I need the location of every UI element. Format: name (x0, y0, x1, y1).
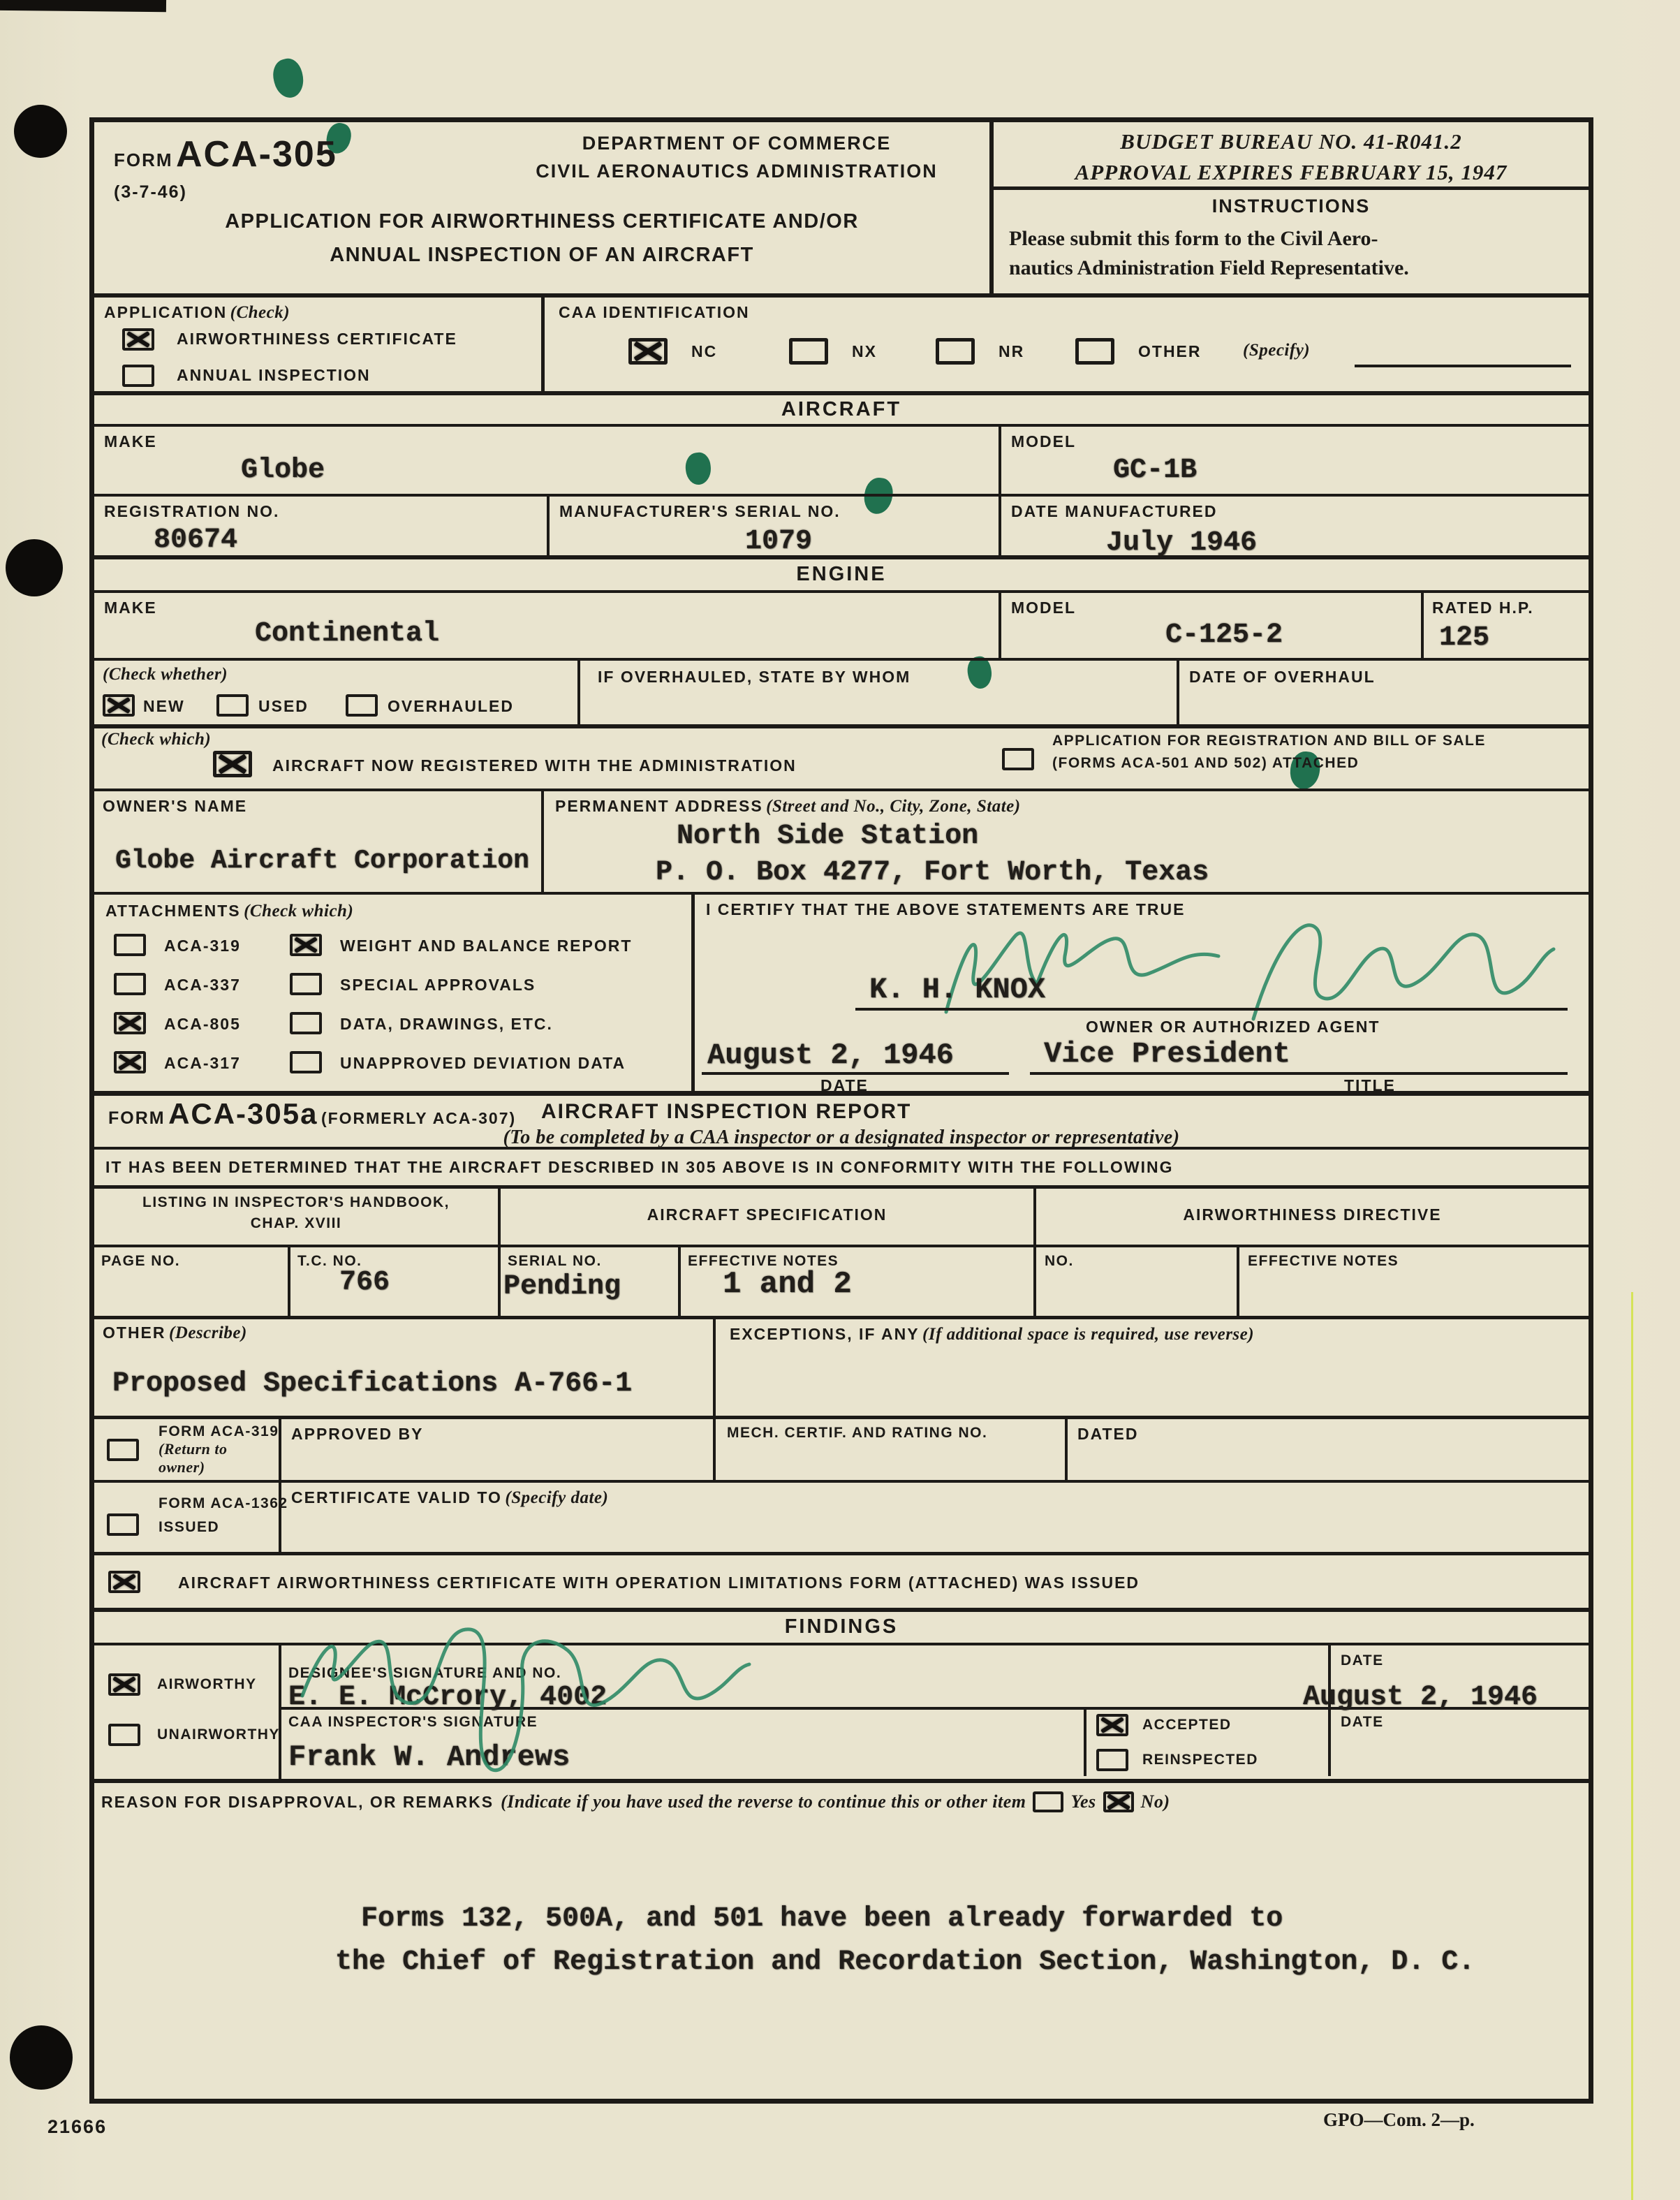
date-manufactured-cell: DATE MANUFACTURED July 1946 (999, 497, 1589, 555)
remarks-label-italic: (Indicate if you have used the reverse t… (501, 1791, 1026, 1812)
handbook-header-line2: CHAP. XVIII (94, 1215, 498, 1232)
aircraft-model-label: MODEL (1011, 432, 1076, 451)
if-overhauled-label: IF OVERHAULED, STATE BY WHOM (598, 668, 911, 687)
registration-cell: REGISTRATION NO. 80674 (94, 497, 547, 555)
handbook-header-line1: LISTING IN INSPECTOR'S HANDBOOK, (94, 1194, 498, 1211)
checkbox-aca-317[interactable] (114, 1051, 146, 1073)
owner-name-label: OWNER'S NAME (103, 797, 247, 816)
remarks-yes-label: Yes (1070, 1791, 1096, 1812)
checkbox-aca-319[interactable] (114, 934, 146, 956)
owner-agent-label: OWNER OR AUTHORIZED AGENT (1086, 1018, 1380, 1036)
designee-subrow: DESIGNEE'S SIGNATURE AND NO. E. E. McCro… (281, 1645, 1589, 1710)
directive-header: AIRWORTHINESS DIRECTIVE (1036, 1205, 1589, 1224)
rated-hp-label: RATED H.P. (1432, 599, 1534, 617)
aca-319-label: ACA-319 (164, 937, 241, 955)
engine-condition-row: (Check whether) NEW USED OVERHAULED IF O… (94, 658, 1589, 724)
checkbox-data-drawings[interactable] (290, 1012, 322, 1034)
address-line1: North Side Station (677, 821, 978, 852)
aircraft-detail-row: REGISTRATION NO. 80674 MANUFACTURER'S SE… (94, 494, 1589, 555)
used-label: USED (258, 697, 309, 716)
caa-identification-cell: CAA IDENTIFICATION NC NX NR OTHER (Speci… (541, 298, 1589, 391)
aca-317-label: ACA-317 (164, 1054, 241, 1073)
application-label-italic: (Check) (230, 303, 290, 322)
checkbox-new[interactable] (103, 694, 135, 717)
address-label: PERMANENT ADDRESS (555, 797, 763, 815)
spec-serial-value: Pending (503, 1271, 621, 1303)
directive-no-cell: NO. (1033, 1247, 1237, 1316)
annual-inspection-label: ANNUAL INSPECTION (177, 366, 371, 385)
aircraft-section-title: AIRCRAFT (94, 395, 1589, 424)
instructions-text: Please submit this form to the Civil Aer… (994, 217, 1589, 283)
report-subtitle: (To be completed by a CAA inspector or a… (94, 1127, 1589, 1149)
aircraft-model-cell: MODEL GC-1B (999, 427, 1589, 494)
owner-name-cell: OWNER'S NAME Globe Aircraft Corporation (94, 791, 541, 892)
checkbox-nc[interactable] (628, 338, 668, 365)
directive-header-cell: AIRWORTHINESS DIRECTIVE (1033, 1189, 1589, 1245)
certificate-issued-label: AIRCRAFT AIRWORTHINESS CERTIFICATE WITH … (178, 1574, 1140, 1592)
findings-date-label: DATE (1341, 1652, 1384, 1669)
attachments-cell: ATTACHMENTS (Check which) ACA-319 ACA-33… (94, 895, 691, 1091)
tc-no-value: 766 (339, 1267, 390, 1298)
budget-line2: APPROVAL EXPIRES FEBRUARY 15, 1947 (994, 157, 1589, 188)
checkbox-used[interactable] (216, 694, 249, 717)
serial-value: 1079 (745, 526, 812, 557)
data-drawings-label: DATA, DRAWINGS, ETC. (340, 1015, 553, 1034)
spec-serial-label: SERIAL NO. (508, 1253, 602, 1270)
tc-no-cell: T.C. NO. 766 (288, 1247, 498, 1316)
form-title: APPLICATION FOR AIRWORTHINESS CERTIFICAT… (94, 205, 989, 272)
checkbox-aca-337[interactable] (114, 973, 146, 995)
form-number: ACA-305 (176, 134, 337, 175)
inspector-label: CAA INSPECTOR'S SIGNATURE (288, 1714, 538, 1731)
issued-label: ISSUED (159, 1519, 219, 1536)
approved-by-label: APPROVED BY (291, 1425, 423, 1444)
engine-make-row: MAKE Continental MODEL C-125-2 RATED H.P… (94, 590, 1589, 658)
checkbox-form-aca-319[interactable] (107, 1439, 139, 1461)
attachments-certify-row: ATTACHMENTS (Check which) ACA-319 ACA-33… (94, 892, 1589, 1091)
other-row: OTHER (Describe) Proposed Specifications… (94, 1316, 1589, 1416)
effective-notes-value: 1 and 2 (723, 1267, 852, 1302)
punch-hole (6, 539, 63, 596)
address-label-italic: (Street and No., City, Zone, State) (766, 797, 1020, 816)
overhauled-label: OVERHAULED (388, 697, 514, 716)
checkbox-bill-of-sale[interactable] (1002, 748, 1034, 770)
designee-cell: DESIGNEE'S SIGNATURE AND NO. E. E. McCro… (281, 1645, 1328, 1707)
findings-date-value: August 2, 1946 (1303, 1682, 1538, 1713)
checkbox-overhauled[interactable] (346, 694, 378, 717)
report-header-row: FORM ACA-305a (FORMERLY ACA-307) AIRCRAF… (94, 1091, 1589, 1147)
checkbox-registered[interactable] (213, 751, 252, 777)
checkbox-airworthiness-certificate[interactable] (122, 328, 154, 351)
application-label: APPLICATION (104, 303, 227, 321)
checkbox-remarks-yes[interactable] (1033, 1791, 1063, 1812)
accepted-cell: ACCEPTED REINSPECTED (1084, 1710, 1328, 1776)
aircraft-make-value: Globe (241, 455, 325, 486)
other-describe-label: OTHER (103, 1323, 166, 1342)
form-word: FORM (114, 149, 173, 170)
remarks-row: REASON FOR DISAPPROVAL, OR REMARKS (Indi… (94, 1779, 1589, 2099)
date-line[interactable] (702, 1072, 1009, 1075)
checkbox-other[interactable] (1075, 338, 1114, 365)
remarks-label-line: REASON FOR DISAPPROVAL, OR REMARKS (Indi… (101, 1791, 1170, 1812)
permanent-address-cell: PERMANENT ADDRESS (Street and No., City,… (541, 791, 1589, 892)
nr-label: NR (999, 342, 1024, 361)
instructions-title: INSTRUCTIONS (994, 196, 1589, 217)
date-manufactured-label: DATE MANUFACTURED (1011, 502, 1218, 521)
aircraft-make-label: MAKE (104, 432, 157, 451)
form-aca-1362-label: FORM ACA-1362 (159, 1495, 288, 1512)
form-id: FORM ACA-305 (3-7-46) (114, 133, 337, 203)
directive-notes-label: EFFECTIVE NOTES (1248, 1253, 1399, 1270)
report-form-number: ACA-305a (168, 1097, 318, 1130)
airworthy-label: AIRWORTHY (157, 1676, 257, 1693)
aca-1362-row: FORM ACA-1362 ISSUED CERTIFICATE VALID T… (94, 1480, 1589, 1552)
other-describe-value: Proposed Specifications A-766-1 (112, 1368, 632, 1400)
punch-hole (14, 105, 67, 158)
remarks-text-line1: Forms 132, 500A, and 501 have been alrea… (361, 1903, 1283, 1935)
checkbox-annual-inspection[interactable] (122, 365, 154, 387)
engine-make-cell: MAKE Continental (94, 593, 999, 658)
certificate-valid-italic: (Specify date) (505, 1488, 608, 1507)
scan-artifact-line (1631, 1292, 1633, 2200)
return-to-line: (Return to (159, 1440, 279, 1458)
bill-of-sale-label: APPLICATION FOR REGISTRATION AND BILL OF… (1052, 733, 1486, 772)
footer-gpo-mark: GPO—Com. 2—p. (1323, 2109, 1475, 2131)
determination-row: IT HAS BEEN DETERMINED THAT THE AIRCRAFT… (94, 1147, 1589, 1185)
certificate-valid-label: CERTIFICATE VALID TO (291, 1488, 502, 1506)
rated-hp-value: 125 (1439, 622, 1489, 654)
other-label: OTHER (1138, 342, 1202, 361)
certify-statement: I CERTIFY THAT THE ABOVE STATEMENTS ARE … (706, 900, 1185, 919)
new-label: NEW (143, 697, 185, 716)
aircraft-make-row: MAKE Globe MODEL GC-1B (94, 424, 1589, 494)
checkbox-accepted[interactable] (1096, 1714, 1128, 1736)
engine-section-title: ENGINE (94, 559, 1589, 590)
remarks-text-line2: the Chief of Registration and Recordatio… (335, 1946, 1475, 1978)
check-which-label: (Check which) (101, 730, 211, 749)
dated-cell: DATED (1065, 1419, 1589, 1480)
checkbox-airworthy[interactable] (108, 1673, 140, 1696)
report-formerly: (FORMERLY ACA-307) (321, 1109, 516, 1127)
findings-date2-cell: DATE (1328, 1710, 1589, 1776)
scanned-form-page: FORM ACA-305 (3-7-46) DEPARTMENT OF COMM… (0, 0, 1680, 2200)
checkbox-weight-balance[interactable] (290, 934, 322, 956)
aircraft-model-value: GC-1B (1113, 455, 1197, 486)
engine-model-label: MODEL (1011, 599, 1076, 617)
designee-label: DESIGNEE'S SIGNATURE AND NO. (288, 1665, 561, 1682)
nc-label: NC (691, 342, 717, 361)
header-left: FORM ACA-305 (3-7-46) DEPARTMENT OF COMM… (94, 122, 989, 293)
spec-header: AIRCRAFT SPECIFICATION (501, 1205, 1033, 1224)
serial-label: MANUFACTURER'S SERIAL NO. (559, 502, 841, 521)
checkbox-nx[interactable] (789, 338, 828, 365)
checkbox-aca-805[interactable] (114, 1012, 146, 1034)
other-describe-italic: (Describe) (169, 1323, 247, 1342)
unairworthy-label: UNAIRWORTHY (157, 1726, 280, 1743)
exceptions-italic: (If additional space is required, use re… (922, 1325, 1254, 1344)
nx-label: NX (852, 342, 877, 361)
registered-label: AIRCRAFT NOW REGISTERED WITH THE ADMINIS… (272, 756, 797, 775)
budget-box: BUDGET BUREAU NO. 41-R041.2 APPROVAL EXP… (994, 122, 1589, 190)
application-cell: APPLICATION (Check) AIRWORTHINESS CERTIF… (94, 298, 541, 391)
checkbox-unapproved-deviation[interactable] (290, 1051, 322, 1073)
check-whether-label: (Check whether) (103, 665, 228, 684)
mech-certif-label: MECH. CERTIF. AND RATING NO. (727, 1425, 987, 1442)
directive-no-label: NO. (1045, 1253, 1074, 1270)
aircraft-make-cell: MAKE Globe (94, 427, 999, 494)
check-whether-cell: (Check whether) NEW USED OVERHAULED (94, 661, 577, 724)
checkbox-form-aca-1362[interactable] (107, 1513, 139, 1536)
certify-date-value: August 2, 1946 (707, 1039, 954, 1072)
inspector-cell: CAA INSPECTOR'S SIGNATURE Frank W. Andre… (281, 1710, 1084, 1776)
form-aca-319-label: FORM ACA-319 (159, 1423, 279, 1440)
inspector-subrow: CAA INSPECTOR'S SIGNATURE Frank W. Andre… (281, 1710, 1589, 1776)
if-overhauled-cell: IF OVERHAULED, STATE BY WHOM (577, 661, 1177, 724)
dated-label: DATED (1077, 1425, 1139, 1444)
engine-model-value: C-125-2 (1165, 619, 1283, 651)
findings-row: AIRWORTHY UNAIRWORTHY DESIGNEE'S SIGNATU… (94, 1643, 1589, 1779)
mech-certif-cell: MECH. CERTIF. AND RATING NO. (713, 1419, 1065, 1480)
form-header-row: FORM ACA-305 (3-7-46) DEPARTMENT OF COMM… (94, 122, 1589, 293)
header-right: BUDGET BUREAU NO. 41-R041.2 APPROVAL EXP… (989, 122, 1589, 293)
date-of-overhaul-cell: DATE OF OVERHAUL (1177, 661, 1589, 724)
engine-make-value: Continental (255, 618, 439, 650)
special-approvals-label: SPECIAL APPROVALS (340, 976, 536, 995)
signer-typed-name: K. H. KNOX (869, 973, 1045, 1006)
exceptions-label: EXCEPTIONS, IF ANY (730, 1325, 920, 1343)
title-line[interactable] (1030, 1072, 1568, 1075)
date-manufactured-value: July 1946 (1106, 527, 1257, 559)
findings-date-cell: DATE August 2, 1946 (1328, 1645, 1589, 1707)
report-form-id: FORM ACA-305a (FORMERLY ACA-307) (108, 1097, 516, 1131)
checkbox-reinspected[interactable] (1096, 1749, 1128, 1771)
findings-band: FINDINGS (94, 1608, 1589, 1643)
owner-row: OWNER'S NAME Globe Aircraft Corporation … (94, 789, 1589, 892)
registration-status-row: (Check which) AIRCRAFT NOW REGISTERED WI… (94, 724, 1589, 789)
checkbox-nr[interactable] (936, 338, 975, 365)
application-row: APPLICATION (Check) AIRWORTHINESS CERTIF… (94, 293, 1589, 391)
address-line2: P. O. Box 4277, Fort Worth, Texas (656, 857, 1209, 888)
directive-notes-cell: EFFECTIVE NOTES (1237, 1247, 1589, 1316)
checkbox-unairworthy[interactable] (108, 1724, 140, 1746)
report-title: AIRCRAFT INSPECTION REPORT (541, 1100, 911, 1124)
airworthy-cell: AIRWORTHY UNAIRWORTHY (94, 1645, 279, 1779)
engine-make-label: MAKE (104, 599, 157, 617)
engine-section-band: ENGINE (94, 555, 1589, 590)
scan-corner-mark (0, 0, 166, 12)
page-no-label: PAGE NO. (101, 1253, 180, 1270)
other-specify-italic: (Specify) (1243, 341, 1310, 360)
signature-line[interactable] (855, 1008, 1568, 1011)
approved-by-cell: APPROVED BY (279, 1419, 713, 1480)
inspector-value: Frank W. Andrews (288, 1740, 570, 1774)
certification-cell: I CERTIFY THAT THE ABOVE STATEMENTS ARE … (691, 895, 1589, 1091)
caa-identification-label: CAA IDENTIFICATION (559, 303, 750, 322)
attachments-label: ATTACHMENTS (105, 902, 241, 920)
remarks-no-label: No) (1141, 1791, 1170, 1812)
registration-label: REGISTRATION NO. (104, 502, 279, 521)
owner-line: owner) (159, 1458, 279, 1476)
form-aca-1362-cell: FORM ACA-1362 ISSUED (94, 1483, 279, 1552)
conformity-values-row: PAGE NO. T.C. NO. 766 SERIAL NO. Pending… (94, 1245, 1589, 1316)
aca-805-label: ACA-805 (164, 1015, 241, 1034)
serial-cell: MANUFACTURER'S SERIAL NO. 1079 (547, 497, 999, 555)
form-aca-319-cell: FORM ACA-319 (Return to owner) (94, 1419, 279, 1480)
budget-line1: BUDGET BUREAU NO. 41-R041.2 (994, 126, 1589, 157)
department-lines: DEPARTMENT OF COMMERCE CIVIL AERONAUTICS… (457, 129, 1016, 185)
ink-blot (270, 56, 307, 101)
engine-model-cell: MODEL C-125-2 (999, 593, 1421, 658)
report-form-word: FORM (108, 1108, 165, 1128)
checkbox-certificate-issued[interactable] (108, 1571, 140, 1593)
other-describe-cell: OTHER (Describe) Proposed Specifications… (94, 1319, 713, 1416)
reinspected-label: REINSPECTED (1142, 1752, 1258, 1768)
certificate-issued-row: AIRCRAFT AIRWORTHINESS CERTIFICATE WITH … (94, 1552, 1589, 1608)
effective-notes-cell: EFFECTIVE NOTES 1 and 2 (678, 1247, 1033, 1316)
designee-value: E. E. McCrory, 4002 (288, 1682, 607, 1713)
handbook-header-cell: LISTING IN INSPECTOR'S HANDBOOK, CHAP. X… (94, 1189, 498, 1245)
date-of-overhaul-label: DATE OF OVERHAUL (1189, 668, 1376, 687)
determination-text: IT HAS BEEN DETERMINED THAT THE AIRCRAFT… (105, 1158, 1173, 1177)
findings-date2-label: DATE (1341, 1714, 1384, 1731)
form-revision: (3-7-46) (114, 182, 337, 203)
instructions-box: INSTRUCTIONS Please submit this form to … (994, 196, 1589, 283)
page-no-cell: PAGE NO. (94, 1247, 288, 1316)
punch-hole (10, 2025, 73, 2090)
spec-header-cell: AIRCRAFT SPECIFICATION (498, 1189, 1033, 1245)
other-specify-blank[interactable] (1355, 365, 1571, 367)
aca-319-row: FORM ACA-319 (Return to owner) APPROVED … (94, 1416, 1589, 1480)
airworthiness-certificate-label: AIRWORTHINESS CERTIFICATE (177, 330, 457, 349)
owner-name-value: Globe Aircraft Corporation (115, 846, 529, 876)
findings-title: FINDINGS (94, 1612, 1589, 1643)
attachments-label-italic: (Check which) (244, 902, 353, 921)
weight-balance-label: WEIGHT AND BALANCE REPORT (340, 937, 632, 955)
conformity-header-row: LISTING IN INSPECTOR'S HANDBOOK, CHAP. X… (94, 1185, 1589, 1245)
rated-hp-cell: RATED H.P. 125 (1421, 593, 1589, 658)
remarks-label: REASON FOR DISAPPROVAL, OR REMARKS (101, 1793, 494, 1812)
registration-value: 80674 (154, 525, 237, 556)
aircraft-section-band: AIRCRAFT (94, 391, 1589, 424)
aca-337-label: ACA-337 (164, 976, 241, 995)
form-aca-305: FORM ACA-305 (3-7-46) DEPARTMENT OF COMM… (89, 117, 1593, 2104)
findings-signatures: DESIGNEE'S SIGNATURE AND NO. E. E. McCro… (279, 1645, 1589, 1779)
checkbox-special-approvals[interactable] (290, 973, 322, 995)
spec-serial-cell: SERIAL NO. Pending (498, 1247, 678, 1316)
checkbox-remarks-no[interactable] (1103, 1791, 1134, 1812)
unapproved-deviation-label: UNAPPROVED DEVIATION DATA (340, 1054, 626, 1073)
footer-print-number: 21666 (47, 2116, 107, 2138)
accepted-label: ACCEPTED (1142, 1717, 1232, 1733)
certificate-valid-cell: CERTIFICATE VALID TO (Specify date) (279, 1483, 1589, 1552)
exceptions-cell: EXCEPTIONS, IF ANY (If additional space … (713, 1319, 1589, 1416)
certify-title-value: Vice President (1044, 1037, 1290, 1071)
